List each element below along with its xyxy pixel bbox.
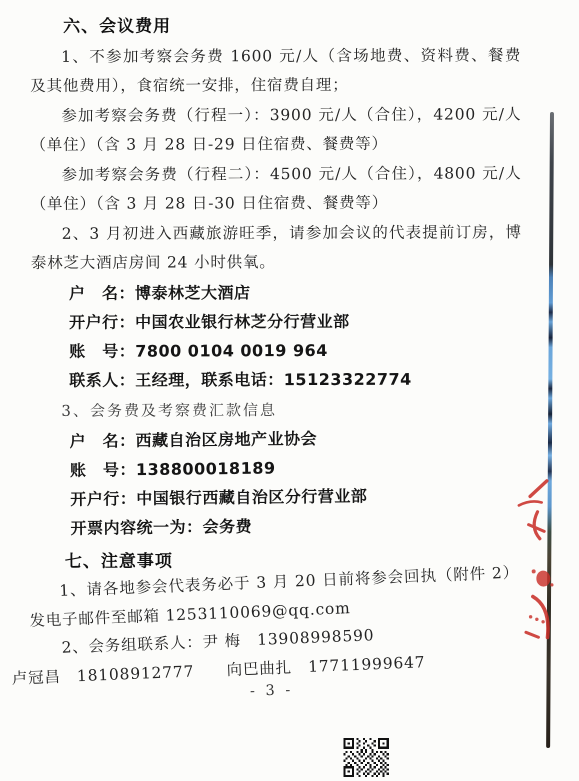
hotel-bank-info: 户 名：博泰林芝大酒店 开户行：中国农业银行林芝分行营业部 账 号：7800 0… [69,277,522,395]
para-remit-info: 3、会务费及考察费汇款信息 [31,395,522,425]
document-content: 六、会议费用 1、不参加考察会务费 1600 元/人（含场地费、资料费、餐费及其… [30,10,523,692]
document-page: 六、会议费用 1、不参加考察会务费 1600 元/人（含场地费、资料费、餐费及其… [0,0,579,781]
section-six-heading: 六、会议费用 [63,10,521,37]
para-fee-trip1: 参加考察会务费（行程一）：3900 元/人（合住），4200 元/人（单住）（含… [30,100,521,159]
assoc-invoice-content: 开票内容统一为：会务费 [70,509,523,543]
notes-section: 1、请各地参会代表务必于 3 月 20 日前将参会回执（附件 2）发电子邮件至邮… [28,558,523,692]
para-hotel-booking: 2、3 月初进入西藏旅游旺季，请参加会议的代表提前订房，博泰林芝大酒店房间 24… [31,218,522,277]
page-number: - 3 - [250,682,294,699]
hotel-account-number: 账 号：7800 0104 0019 964 [69,335,522,366]
association-bank-info: 户 名：西藏自治区房地产业协会 账 号：138800018189 开户行：中国银… [69,422,523,543]
adjacent-page-edge [546,112,554,748]
qr-code-icon [343,738,389,777]
hotel-account-name: 户 名：博泰林芝大酒店 [69,277,522,308]
para-fee-no-tour: 1、不参加考察会务费 1600 元/人（含场地费、资料费、餐费及其他费用），食宿… [30,41,521,100]
hotel-account-bank: 开户行：中国农业银行林芝分行营业部 [69,306,522,337]
hotel-account-contact: 联系人：王经理，联系电话：15123322774 [69,364,522,395]
para-fee-trip2: 参加考察会务费（行程二）：4500 元/人（合住），4800 元/人（单住）（含… [31,159,522,218]
